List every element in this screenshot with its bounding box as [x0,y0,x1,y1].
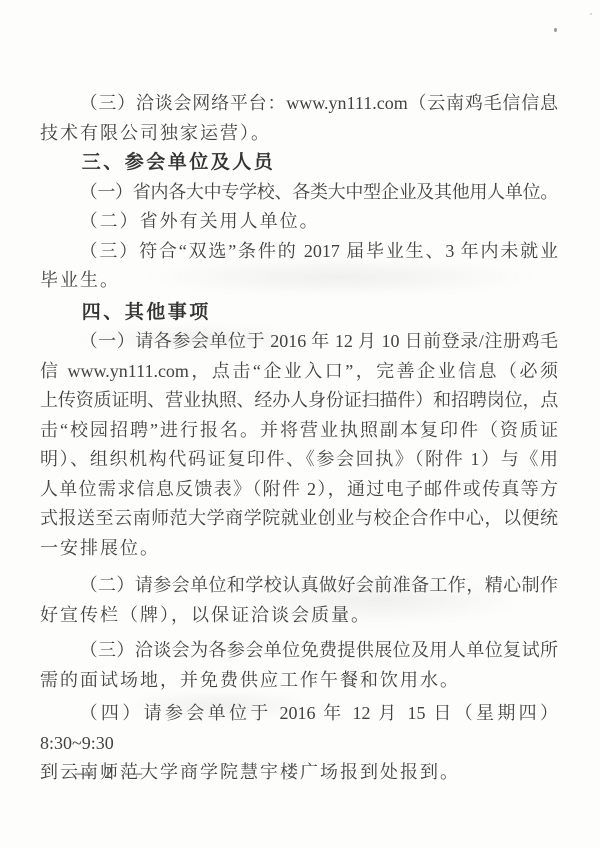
body-line: 人单位需求信息反馈表》（附件 2），通过电子邮件或传真等方 [40,475,558,505]
body-line: 好宣传栏（牌），以保证洽谈会质量。 [40,601,558,631]
body-line: 明）、组织机构代码证复印件、《参会回执》（附件 1）与《用 [40,445,558,475]
body-line: 毕业生。 [40,266,558,296]
body-line: （二）省外有关用人单位。 [40,207,558,237]
body-line: 击“校园招聘”进行报名。并将营业执照副本复印件（资质证 [40,416,558,446]
scan-speck [554,28,557,32]
body-line: （三）符合“双选”条件的 2017 届毕业生、3 年内未就业 [40,237,558,267]
body-line: 需的面试场地，并免费供应工作午餐和饮用水。 [40,666,558,696]
section-heading-4: 四、其他事项 [40,298,558,328]
body-line: （二）请参会单位和学校认真做好会前准备工作，精心制作 [40,571,558,601]
page-number: — 2 — [75,763,146,783]
body-line: 一安排展位。 [40,534,558,564]
body-line: （四）请参会单位于 2016 年 12 月 15 日（星期四）8:30~9:30 [40,699,558,758]
document-body: （三）洽谈会网络平台：www.yn111.com（云南鸡毛信信息 技术有限公司独… [40,89,558,788]
body-line: 技术有限公司独家运营）。 [40,119,558,149]
body-line: （三）洽谈会网络平台：www.yn111.com（云南鸡毛信信息 [40,89,558,119]
section-heading-3: 三、参会单位及人员 [40,148,558,178]
document-page: （三）洽谈会网络平台：www.yn111.com（云南鸡毛信信息 技术有限公司独… [0,0,600,848]
body-line: 信 www.yn111.com，点击“企业入口”，完善企业信息（必须 [40,357,558,387]
body-line: （三）洽谈会为各参会单位免费提供展位及用人单位复试所 [40,636,558,666]
body-line: 式报送至云南师范大学商学院就业创业与校企合作中心，以便统 [40,504,558,534]
body-line: （一）省内各大中专学校、各类大中型企业及其他用人单位。 [40,178,558,208]
scan-speck [590,13,592,15]
body-line: 上传资质证明、营业执照、经办人身份证扫描件）和招聘岗位，点 [40,386,558,416]
body-line: （一）请各参会单位于 2016 年 12 月 10 日前登录/注册鸡毛 [40,327,558,357]
